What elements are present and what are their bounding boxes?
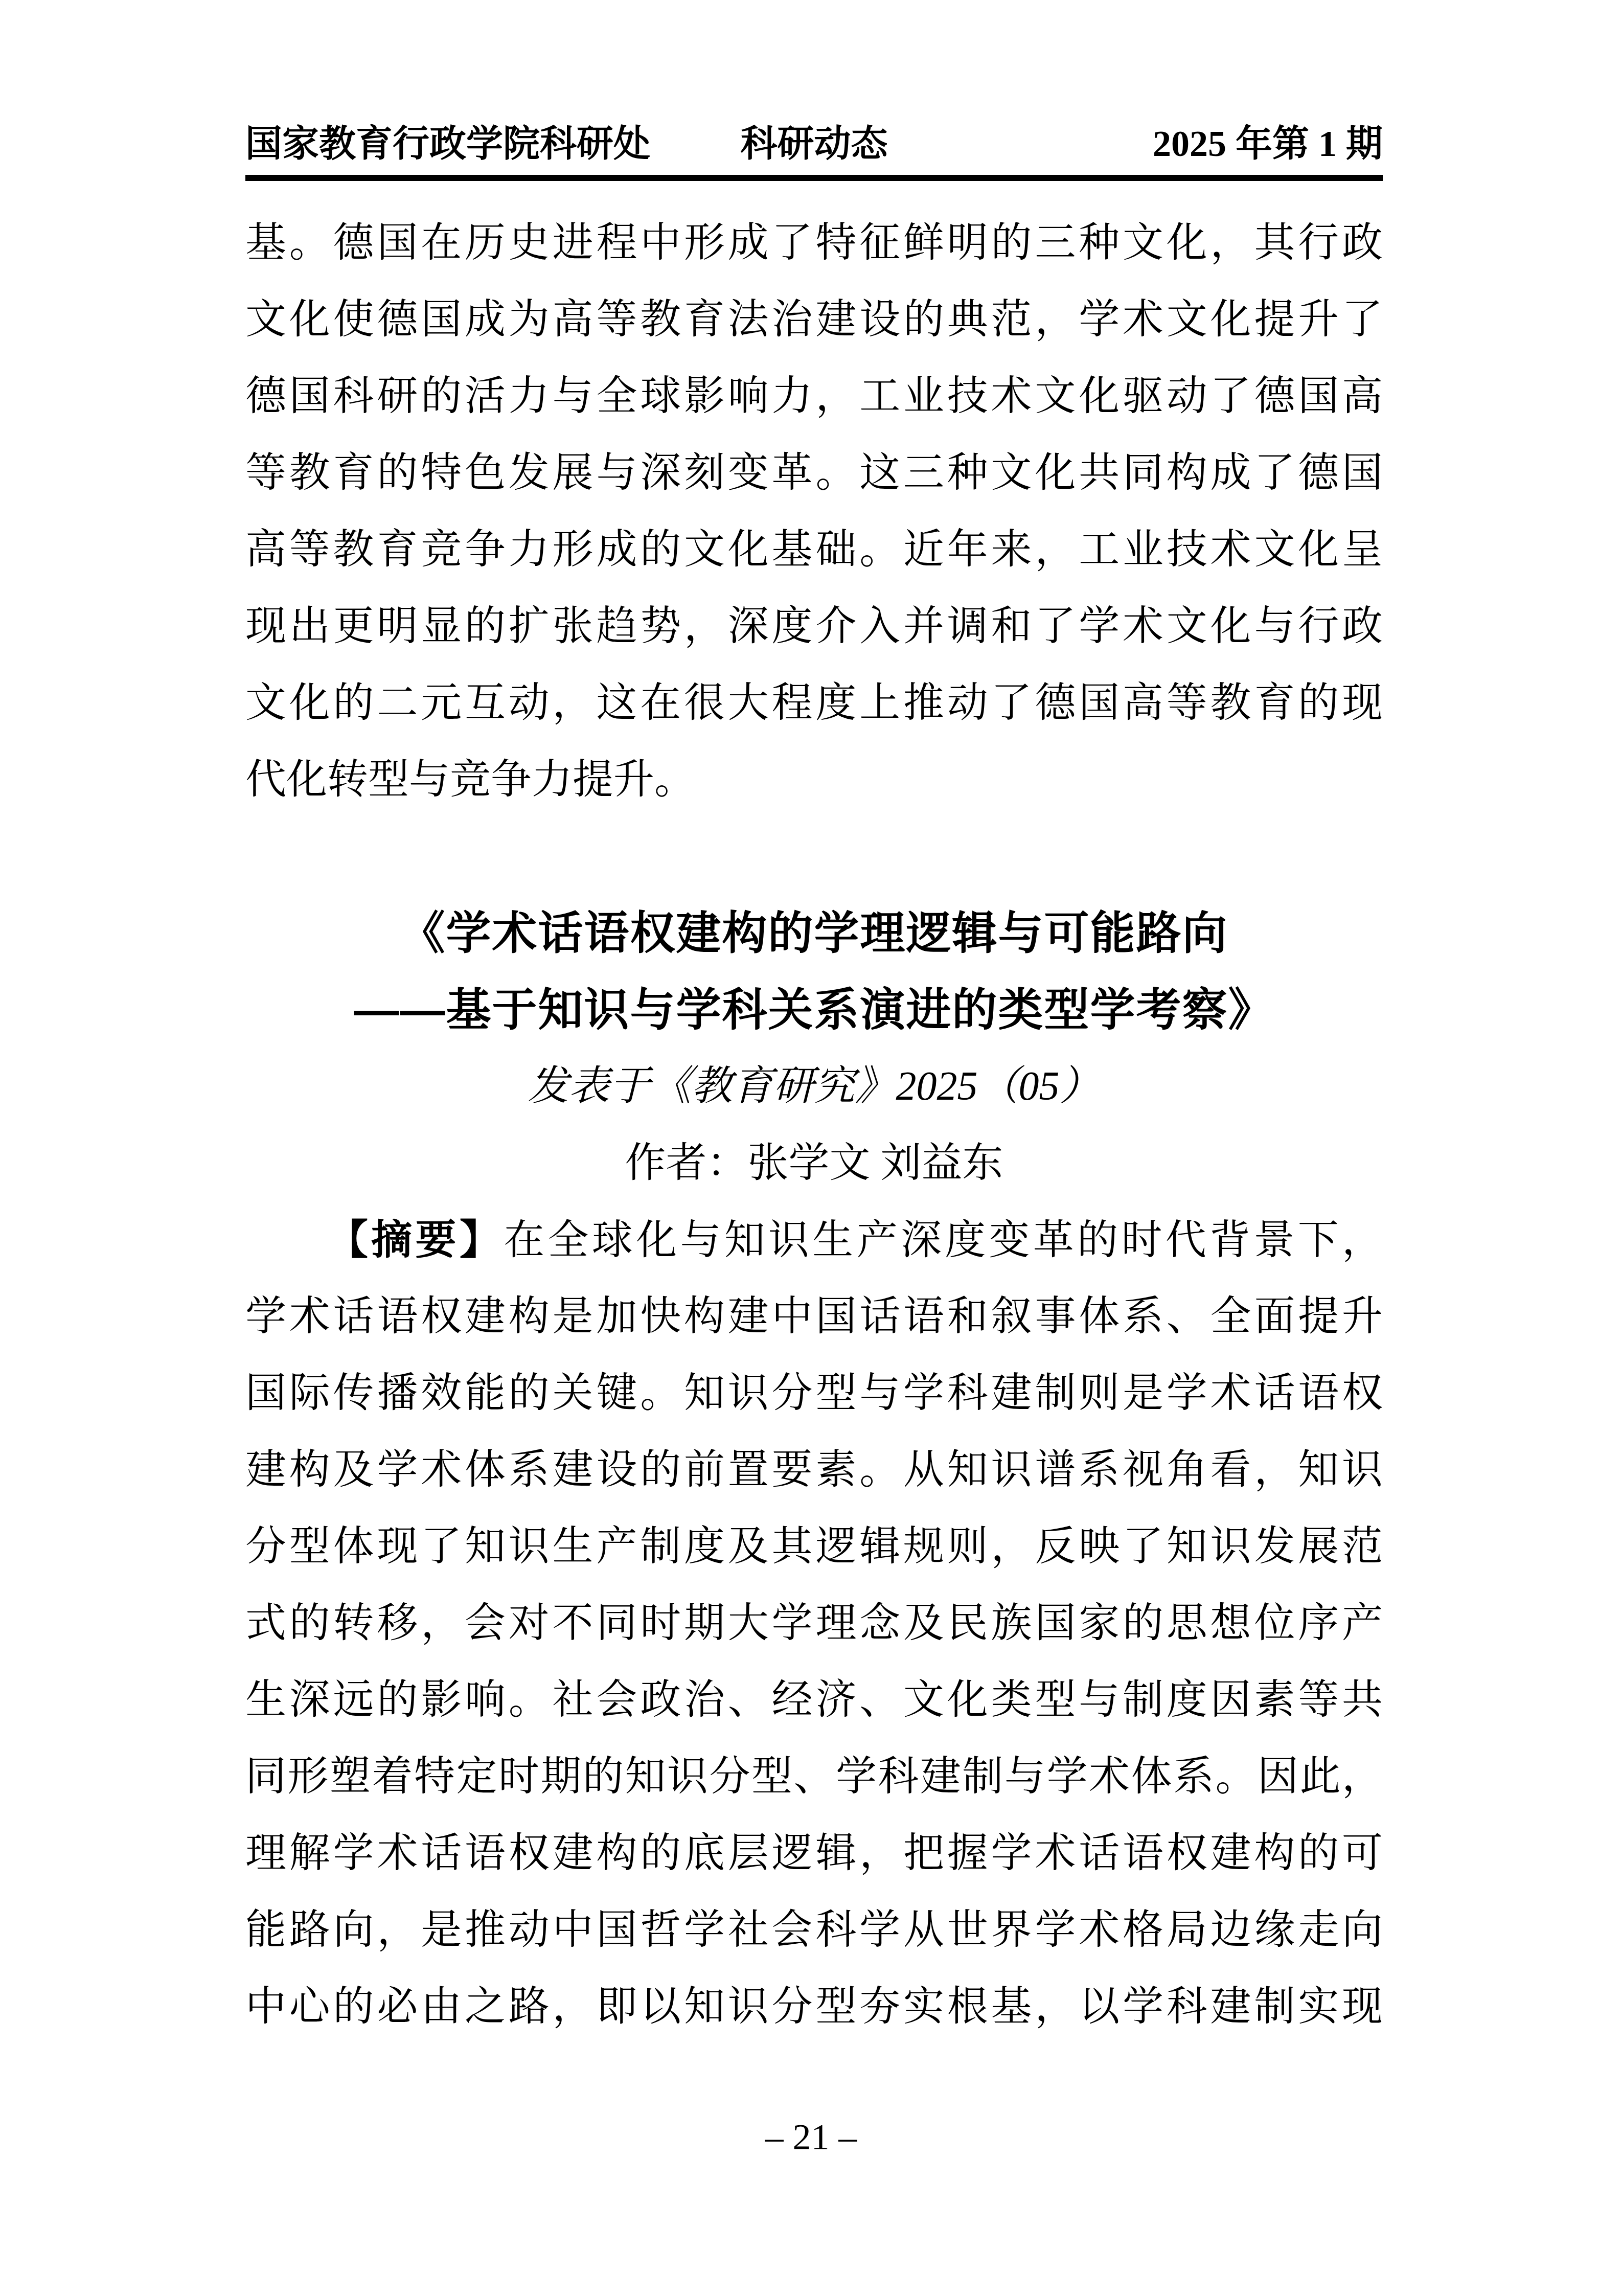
header-divider — [245, 175, 1383, 181]
article-title-line-2: ——基于知识与学科关系演进的类型学考察》 — [245, 971, 1383, 1048]
abstract-line: 学术话语权建构是加快构建中国话语和叙事体系、全面提升 — [245, 1278, 1383, 1355]
abstract-line: 分型体现了知识生产制度及其逻辑规则，反映了知识发展范 — [245, 1508, 1383, 1585]
header-org-name: 国家教育行政学院科研处 — [245, 125, 741, 162]
abstract-line: 在全球化与知识生产深度变革的时代背景下， — [504, 1218, 1383, 1263]
page-footer: – 21 – — [0, 2117, 1622, 2157]
abstract-line: 建构及学术体系建设的前置要素。从知识谱系视角看，知识 — [245, 1431, 1383, 1508]
abstract-line: 国际传播效能的关键。知识分型与学科建制则是学术话语权 — [245, 1355, 1383, 1431]
body-line: 等教育的特色发展与深刻变革。这三种文化共同构成了德国 — [245, 435, 1383, 511]
body-line: 文化使德国成为高等教育法治建设的典范，学术文化提升了 — [245, 281, 1383, 358]
article-title: 《学术话语权建构的学理逻辑与可能路向 ——基于知识与学科关系演进的类型学考察》 — [245, 895, 1383, 1048]
body-line: 现出更明显的扩张趋势，深度介入并调和了学术文化与行政 — [245, 588, 1383, 665]
abstract-label: 【摘要】 — [327, 1217, 504, 1262]
page-number: – 21 – — [765, 2117, 857, 2157]
abstract-line: 式的转移，会对不同时期大学理念及民族国家的思想位序产 — [245, 1585, 1383, 1662]
body-paragraph: 基。德国在历史进程中形成了特征鲜明的三种文化，其行政 文化使德国成为高等教育法治… — [245, 204, 1383, 818]
abstract-line: 同形塑着特定时期的知识分型、学科建制与学术体系。因此， — [245, 1738, 1383, 1815]
body-line: 基。德国在历史进程中形成了特征鲜明的三种文化，其行政 — [245, 204, 1383, 281]
body-line: 代化转型与竞争力提升。 — [245, 741, 1383, 818]
abstract-line: 中心的必由之路，即以知识分型夯实根基，以学科建制实现 — [245, 1968, 1383, 2045]
abstract-line: 能路向，是推动中国哲学社会科学从世界学术格局边缘走向 — [245, 1892, 1383, 1968]
abstract-paragraph: 【摘要】在全球化与知识生产深度变革的时代背景下， 学术话语权建构是加快构建中国话… — [245, 1201, 1383, 2045]
header-publication-name: 科研动态 — [741, 125, 888, 162]
page-header: 国家教育行政学院科研处 科研动态 2025 年第 1 期 — [245, 0, 1383, 162]
header-issue-label: 2025 年第 1 期 — [888, 125, 1383, 162]
publication-line: 发表于《教育研究》2025（05） — [245, 1048, 1383, 1125]
abstract-line: 生深远的影响。社会政治、经济、文化类型与制度因素等共 — [245, 1662, 1383, 1738]
article-title-line-1: 《学术话语权建构的学理逻辑与可能路向 — [245, 895, 1383, 971]
body-line: 德国科研的活力与全球影响力，工业技术文化驱动了德国高 — [245, 358, 1383, 435]
abstract-first-line: 【摘要】在全球化与知识生产深度变革的时代背景下， — [245, 1201, 1383, 1278]
body-line: 高等教育竞争力形成的文化基础。近年来，工业技术文化呈 — [245, 511, 1383, 588]
document-page: 国家教育行政学院科研处 科研动态 2025 年第 1 期 基。德国在历史进程中形… — [0, 0, 1622, 2045]
body-line: 文化的二元互动，这在很大程度上推动了德国高等教育的现 — [245, 665, 1383, 741]
abstract-line: 理解学术话语权建构的底层逻辑，把握学术话语权建构的可 — [245, 1815, 1383, 1892]
authors-line: 作者：张学文 刘益东 — [245, 1125, 1383, 1201]
